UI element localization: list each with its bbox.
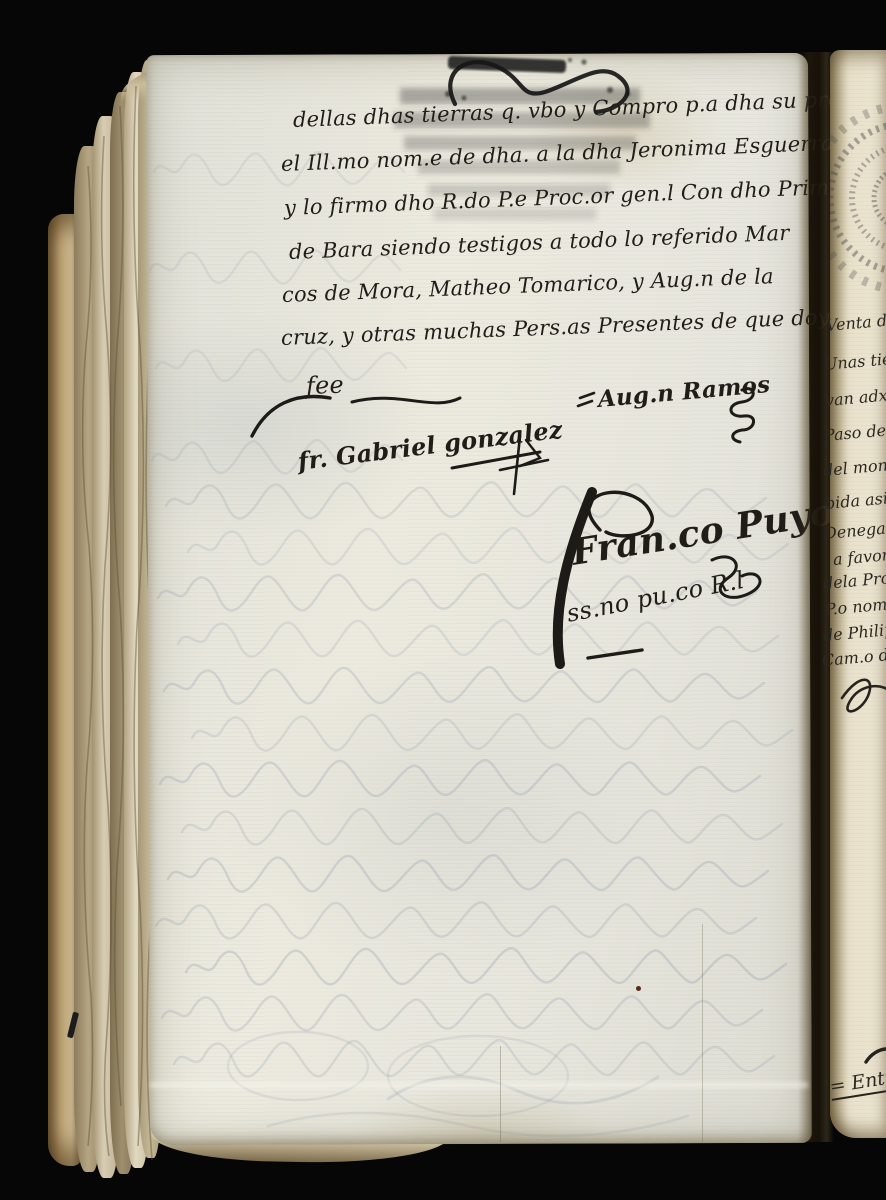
fold-crease-horizontal [150,1082,808,1088]
book-gutter-shadow [798,52,834,1142]
ink-stain-dot [636,986,641,991]
ink-rubrics [148,54,810,1144]
manuscript-photo: dellas dhas tierras q. vbo y Compro p.a … [0,0,886,1200]
margin-rubric [830,640,886,1120]
fold-crease-vertical [702,924,703,1142]
fold-crease-vertical [500,1046,501,1142]
